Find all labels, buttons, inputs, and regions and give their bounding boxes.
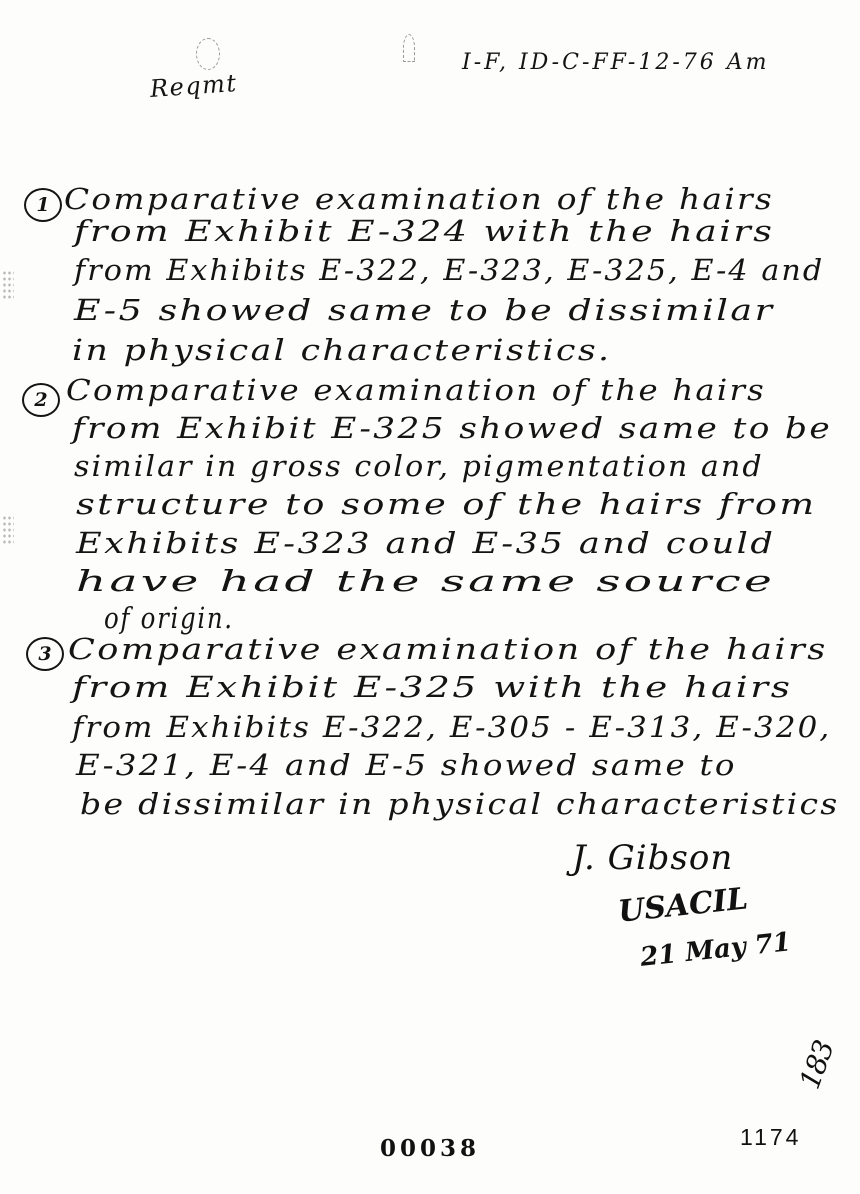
scan-speckle [2, 270, 14, 300]
item-number-circle: 1 [24, 188, 62, 222]
document-page: Reqmt I-F, ID-C-FF-12-76 Am 1 Comparativ… [0, 0, 860, 1194]
handwritten-page-number: 183 [793, 1037, 840, 1093]
scan-speckle [2, 515, 14, 545]
header-annotation: Reqmt [149, 69, 238, 103]
scan-artifact [403, 34, 415, 62]
item-number-circle: 3 [26, 637, 64, 671]
finding-line: structure to some of the hairs from [76, 487, 817, 521]
finding-line: similar in gross color, pigmentation and [74, 449, 764, 483]
finding-line: from Exhibits E-322, E-323, E-325, E-4 a… [74, 253, 824, 287]
reference-number: I-F, ID-C-FF-12-76 Am [462, 50, 770, 75]
finding-line: from Exhibit E-324 with the hairs [74, 214, 774, 248]
signature-date: 21 May 71 [639, 927, 793, 973]
finding-line: in physical characteristics. [72, 333, 611, 367]
examiner-organization: USACIL [617, 881, 750, 929]
finding-line: Exhibits E-323 and E-35 and could [76, 526, 775, 560]
finding-line: from Exhibits E-322, E-305 - E-313, E-32… [72, 710, 831, 744]
finding-line: Comparative examination of the hairs [64, 182, 774, 216]
finding-line: Comparative examination of the hairs [68, 632, 828, 666]
finding-line: from Exhibit E-325 with the hairs [72, 670, 792, 704]
finding-line: E-5 showed same to be dissimilar [74, 293, 775, 327]
bates-number: 1174 [740, 1124, 801, 1151]
page-number: 00038 [380, 1135, 480, 1162]
item-number-circle: 2 [22, 383, 60, 417]
finding-line: Comparative examination of the hairs [66, 373, 766, 407]
finding-line: be dissimilar in physical characteristic… [80, 787, 840, 821]
finding-line: E-321, E-4 and E-5 showed same to [76, 748, 737, 782]
scan-artifact [196, 38, 220, 70]
examiner-signature: J. Gibson [572, 838, 733, 878]
finding-line: from Exhibit E-325 showed same to be [72, 411, 832, 445]
finding-line: of origin. [104, 601, 234, 635]
finding-line: have had the same source [76, 564, 775, 598]
